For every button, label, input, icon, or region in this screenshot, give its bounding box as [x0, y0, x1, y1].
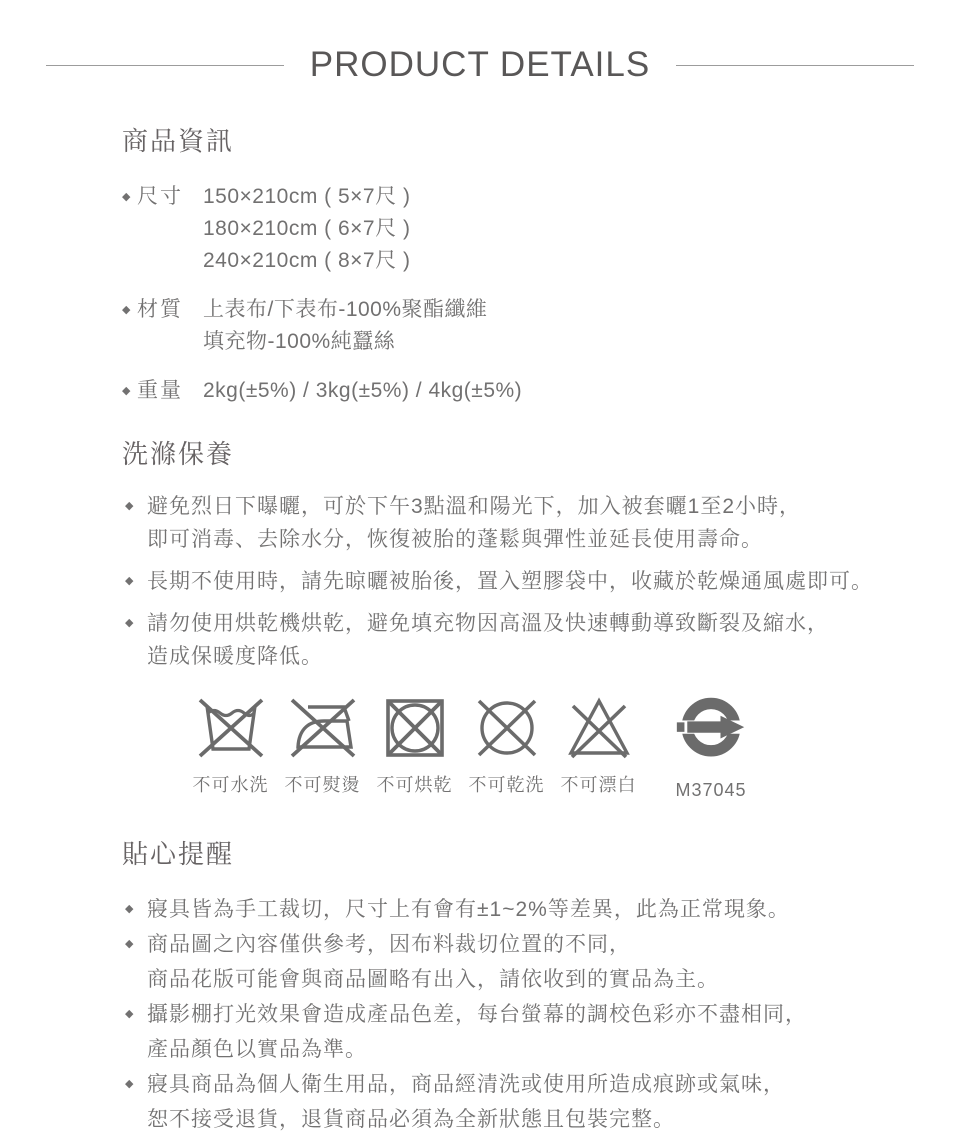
- certification-number: M37045: [666, 780, 756, 801]
- text-line: 寢具商品為個人衛生用品，商品經清洗或使用所造成痕跡或氣味，: [147, 1067, 785, 1102]
- diamond-bullet-icon: ◆: [125, 892, 147, 927]
- laundry-symbol-label: 不可烘乾: [374, 771, 455, 797]
- spec-value: 240×210cm ( 8×7尺 ): [203, 245, 410, 277]
- diamond-bullet-icon: ◆: [125, 997, 147, 1032]
- diamond-bullet-icon: ◆: [122, 294, 137, 326]
- text-line: 即可消毒、去除水分，恢復被胎的蓬鬆與彈性並延長使用壽命。: [147, 523, 801, 556]
- reminder-list: ◆ 寢具皆為手工裁切，尺寸上有會有±1~2%等差異，此為正常現象。 ◆ 商品圖之…: [122, 892, 920, 1137]
- text-line: 商品圖之內容僅供參考，因布料裁切位置的不同，: [147, 927, 719, 962]
- list-item-text: 寢具皆為手工裁切，尺寸上有會有±1~2%等差異，此為正常現象。: [147, 892, 790, 927]
- no-washing-icon: [196, 692, 266, 764]
- list-item: ◆ 寢具商品為個人衛生用品，商品經清洗或使用所造成痕跡或氣味， 恕不接受退貨，退…: [125, 1067, 920, 1137]
- spec-row-size: ◆ 尺寸 150×210cm ( 5×7尺 ) 180×210cm ( 6×7尺…: [122, 181, 920, 277]
- bsmi-certification-icon: [673, 692, 749, 766]
- page-title: PRODUCT DETAILS: [310, 45, 650, 85]
- right-divider-line: [676, 65, 914, 66]
- laundry-symbol-cell: 不可烘乾: [374, 692, 455, 797]
- spec-values-size: 150×210cm ( 5×7尺 ) 180×210cm ( 6×7尺 ) 24…: [203, 181, 410, 277]
- laundry-symbols-row: 不可水洗 不可熨燙 不可烘乾: [190, 692, 920, 801]
- spec-row-material: ◆ 材質 上表布/下表布-100%聚酯纖維 填充物-100%純蠶絲: [122, 294, 920, 358]
- text-line: 避免烈日下曝曬，可於下午3點溫和陽光下，加入被套曬1至2小時，: [147, 490, 801, 523]
- diamond-bullet-icon: ◆: [125, 927, 147, 962]
- text-line: 造成保暖度降低。: [147, 640, 829, 673]
- list-item-text: 避免烈日下曝曬，可於下午3點溫和陽光下，加入被套曬1至2小時， 即可消毒、去除水…: [147, 490, 801, 556]
- text-line: 產品顏色以實品為準。: [147, 1032, 807, 1067]
- page-header: PRODUCT DETAILS: [0, 0, 960, 85]
- diamond-bullet-icon: ◆: [122, 375, 137, 407]
- no-dry-clean-icon: [472, 692, 542, 764]
- no-bleach-icon: [564, 692, 634, 764]
- list-item: ◆ 攝影棚打光效果會造成產品色差，每台螢幕的調校色彩亦不盡相同， 產品顏色以實品…: [125, 997, 920, 1067]
- diamond-bullet-icon: ◆: [125, 565, 147, 598]
- list-item: ◆ 寢具皆為手工裁切，尺寸上有會有±1~2%等差異，此為正常現象。: [125, 892, 920, 927]
- diamond-bullet-icon: ◆: [125, 490, 147, 523]
- section-washing-care: 洗滌保養 ◆ 避免烈日下曝曬，可於下午3點溫和陽光下，加入被套曬1至2小時， 即…: [0, 434, 960, 801]
- spec-values-weight: 2kg(±5%) / 3kg(±5%) / 4kg(±5%): [203, 375, 522, 407]
- washing-care-heading: 洗滌保養: [122, 434, 920, 471]
- list-item-text: 攝影棚打光效果會造成產品色差，每台螢幕的調校色彩亦不盡相同， 產品顏色以實品為準…: [147, 997, 807, 1067]
- spec-rows: ◆ 尺寸 150×210cm ( 5×7尺 ) 180×210cm ( 6×7尺…: [122, 181, 920, 407]
- spec-value: 上表布/下表布-100%聚酯纖維: [203, 294, 488, 326]
- washing-care-list: ◆ 避免烈日下曝曬，可於下午3點溫和陽光下，加入被套曬1至2小時， 即可消毒、去…: [122, 490, 920, 673]
- spec-value: 150×210cm ( 5×7尺 ): [203, 181, 410, 213]
- laundry-symbol-label: 不可水洗: [190, 771, 271, 797]
- no-ironing-icon: [288, 692, 358, 764]
- list-item: ◆ 商品圖之內容僅供參考，因布料裁切位置的不同， 商品花版可能會與商品圖略有出入…: [125, 927, 920, 997]
- spec-label-material: 材質: [137, 294, 185, 326]
- certification-mark-cell: M37045: [666, 692, 756, 801]
- list-item-text: 寢具商品為個人衛生用品，商品經清洗或使用所造成痕跡或氣味， 恕不接受退貨，退貨商…: [147, 1067, 785, 1137]
- product-details-page: PRODUCT DETAILS 商品資訊 ◆ 尺寸 150×210cm ( 5×…: [0, 0, 960, 1146]
- text-line: 恕不接受退貨，退貨商品必須為全新狀態且包裝完整。: [147, 1102, 785, 1137]
- laundry-symbol-cell: 不可水洗: [190, 692, 271, 797]
- text-line: 長期不使用時，請先晾曬被胎後，置入塑膠袋中，收藏於乾燥通風處即可。: [147, 565, 873, 598]
- text-line: 請勿使用烘乾機烘乾，避免填充物因高溫及快速轉動導致斷裂及縮水，: [147, 607, 829, 640]
- list-item: ◆ 避免烈日下曝曬，可於下午3點溫和陽光下，加入被套曬1至2小時， 即可消毒、去…: [125, 490, 920, 556]
- text-line: 商品花版可能會與商品圖略有出入，請依收到的實品為主。: [147, 962, 719, 997]
- spec-row-weight: ◆ 重量 2kg(±5%) / 3kg(±5%) / 4kg(±5%): [122, 375, 920, 407]
- list-item-text: 商品圖之內容僅供參考，因布料裁切位置的不同， 商品花版可能會與商品圖略有出入，請…: [147, 927, 719, 997]
- laundry-symbol-cell: 不可乾洗: [466, 692, 547, 797]
- left-divider-line: [46, 65, 284, 66]
- diamond-bullet-icon: ◆: [122, 181, 137, 213]
- section-product-info: 商品資訊 ◆ 尺寸 150×210cm ( 5×7尺 ) 180×210cm (…: [0, 121, 960, 407]
- list-item: ◆ 長期不使用時，請先晾曬被胎後，置入塑膠袋中，收藏於乾燥通風處即可。: [125, 565, 920, 598]
- diamond-bullet-icon: ◆: [125, 1067, 147, 1102]
- laundry-symbol-label: 不可漂白: [558, 771, 639, 797]
- spec-value: 填充物-100%純蠶絲: [203, 326, 488, 358]
- laundry-symbol-label: 不可熨燙: [282, 771, 363, 797]
- list-item: ◆ 請勿使用烘乾機烘乾，避免填充物因高溫及快速轉動導致斷裂及縮水， 造成保暖度降…: [125, 607, 920, 673]
- laundry-symbol-cell: 不可熨燙: [282, 692, 363, 797]
- laundry-symbol-label: 不可乾洗: [466, 771, 547, 797]
- no-tumble-dry-icon: [380, 692, 450, 764]
- list-item-text: 請勿使用烘乾機烘乾，避免填充物因高溫及快速轉動導致斷裂及縮水， 造成保暖度降低。: [147, 607, 829, 673]
- section-reminder: 貼心提醒 ◆ 寢具皆為手工裁切，尺寸上有會有±1~2%等差異，此為正常現象。 ◆…: [0, 834, 960, 1137]
- reminder-heading: 貼心提醒: [122, 834, 920, 871]
- spec-value: 2kg(±5%) / 3kg(±5%) / 4kg(±5%): [203, 375, 522, 407]
- text-line: 寢具皆為手工裁切，尺寸上有會有±1~2%等差異，此為正常現象。: [147, 892, 790, 927]
- text-line: 攝影棚打光效果會造成產品色差，每台螢幕的調校色彩亦不盡相同，: [147, 997, 807, 1032]
- product-info-heading: 商品資訊: [122, 121, 920, 158]
- laundry-symbol-cell: 不可漂白: [558, 692, 639, 797]
- diamond-bullet-icon: ◆: [125, 607, 147, 640]
- spec-values-material: 上表布/下表布-100%聚酯纖維 填充物-100%純蠶絲: [203, 294, 488, 358]
- list-item-text: 長期不使用時，請先晾曬被胎後，置入塑膠袋中，收藏於乾燥通風處即可。: [147, 565, 873, 598]
- spec-label-weight: 重量: [137, 375, 185, 407]
- spec-label-size: 尺寸: [137, 181, 185, 213]
- spec-value: 180×210cm ( 6×7尺 ): [203, 213, 410, 245]
